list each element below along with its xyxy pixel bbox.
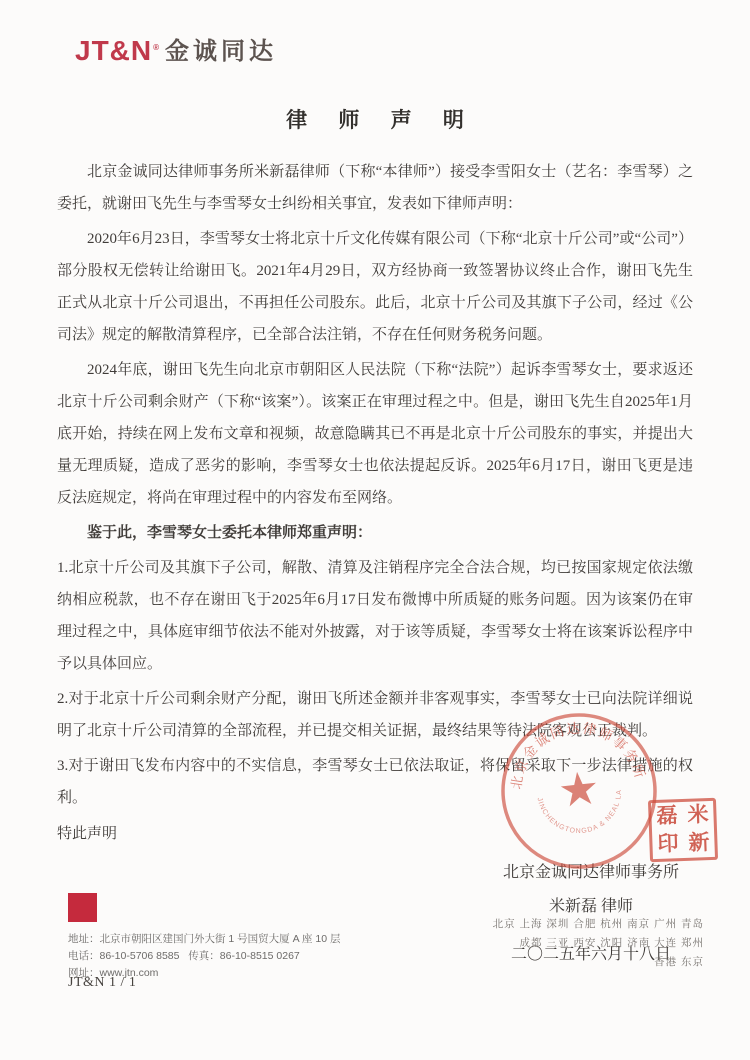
paragraph-point-1: 1.北京十斤公司及其旗下子公司，解散、清算及注销程序完全合法合规，均已按国家规定…	[57, 552, 693, 680]
paragraph-background-1: 2020年6月23日，李雪琴女士将北京十斤文化传媒有限公司（下称“北京十斤公司”…	[57, 223, 693, 351]
registered-mark-icon: ®	[153, 33, 160, 63]
letterhead: JT&N® 金诚同达	[75, 36, 693, 80]
footer-address-line: 地址：北京市朝阳区建国门外大街 1 号国贸大厦 A 座 10 层	[68, 931, 408, 948]
seal-char-bottom-right: 新	[683, 829, 715, 858]
address-label: 地址：	[68, 933, 100, 945]
phone-label: 电话：	[68, 950, 100, 962]
cities-line-1: 北京 上海 深圳 合肥 杭州 南京 广州 青岛	[444, 915, 704, 934]
jtn-logo: JT&N®	[75, 36, 159, 73]
seal-char-top-left: 磊	[651, 802, 683, 831]
paragraph-intro: 北京金诚同达律师事务所米新磊律师（下称“本律师”）接受李雪阳女士（艺名：李雪琴）…	[57, 156, 693, 220]
cities-line-2: 成都 三亚 西安 沈阳 济南 大连 郑州	[444, 934, 704, 953]
lawyer-personal-seal: 磊 米 印 新	[648, 798, 718, 862]
document-page: JT&N® 金诚同达 律 师 声 明 北京金诚同达律师事务所米新磊律师（下称“本…	[0, 0, 750, 1060]
footer-square-logo	[68, 893, 97, 922]
paragraph-point-2: 2.对于北京十斤公司剩余财产分配，谢田飞所述金额并非客观事实，李雪琴女士已向法院…	[57, 683, 693, 747]
seal-char-bottom-left: 印	[652, 830, 684, 859]
paragraph-point-3: 3.对于谢田飞发布内容中的不实信息，李雪琴女士已依法取证，将保留采取下一步法律措…	[57, 750, 693, 814]
paragraph-background-2: 2024年底，谢田飞先生向北京市朝阳区人民法院（下称“法院”）起诉李雪琴女士，要…	[57, 354, 693, 514]
address-value: 北京市朝阳区建国门外大街 1 号国贸大厦 A 座 10 层	[100, 933, 341, 945]
fax-value: 86-10-8515 0267	[220, 950, 300, 962]
footer-phone-line: 电话：86-10-5706 8585 传真：86-10-8515 0267	[68, 948, 408, 965]
footer-contact-block: 地址：北京市朝阳区建国门外大街 1 号国贸大厦 A 座 10 层 电话：86-1…	[68, 893, 408, 982]
fax-label: 传真：	[188, 950, 220, 962]
footer-page-mark: JT&N 1 / 1	[68, 975, 136, 991]
seal-char-top-right: 米	[682, 801, 714, 830]
cities-line-3: 香港 东京	[444, 953, 704, 972]
phone-value: 86-10-5706 8585	[100, 950, 180, 962]
document-body: 北京金诚同达律师事务所米新磊律师（下称“本律师”）接受李雪阳女士（艺名：李雪琴）…	[57, 156, 693, 814]
document-title: 律 师 声 明	[57, 104, 693, 134]
paragraph-declaration-lead: 鉴于此，李雪琴女士委托本律师郑重声明：	[57, 517, 693, 549]
footer-office-cities: 北京 上海 深圳 合肥 杭州 南京 广州 青岛 成都 三亚 西安 沈阳 济南 大…	[444, 915, 704, 972]
logo-jtn-text: JT&N	[75, 35, 152, 66]
logo-firm-name-cn: 金诚同达	[165, 36, 277, 68]
closing-notice: 特此声明	[57, 818, 693, 850]
